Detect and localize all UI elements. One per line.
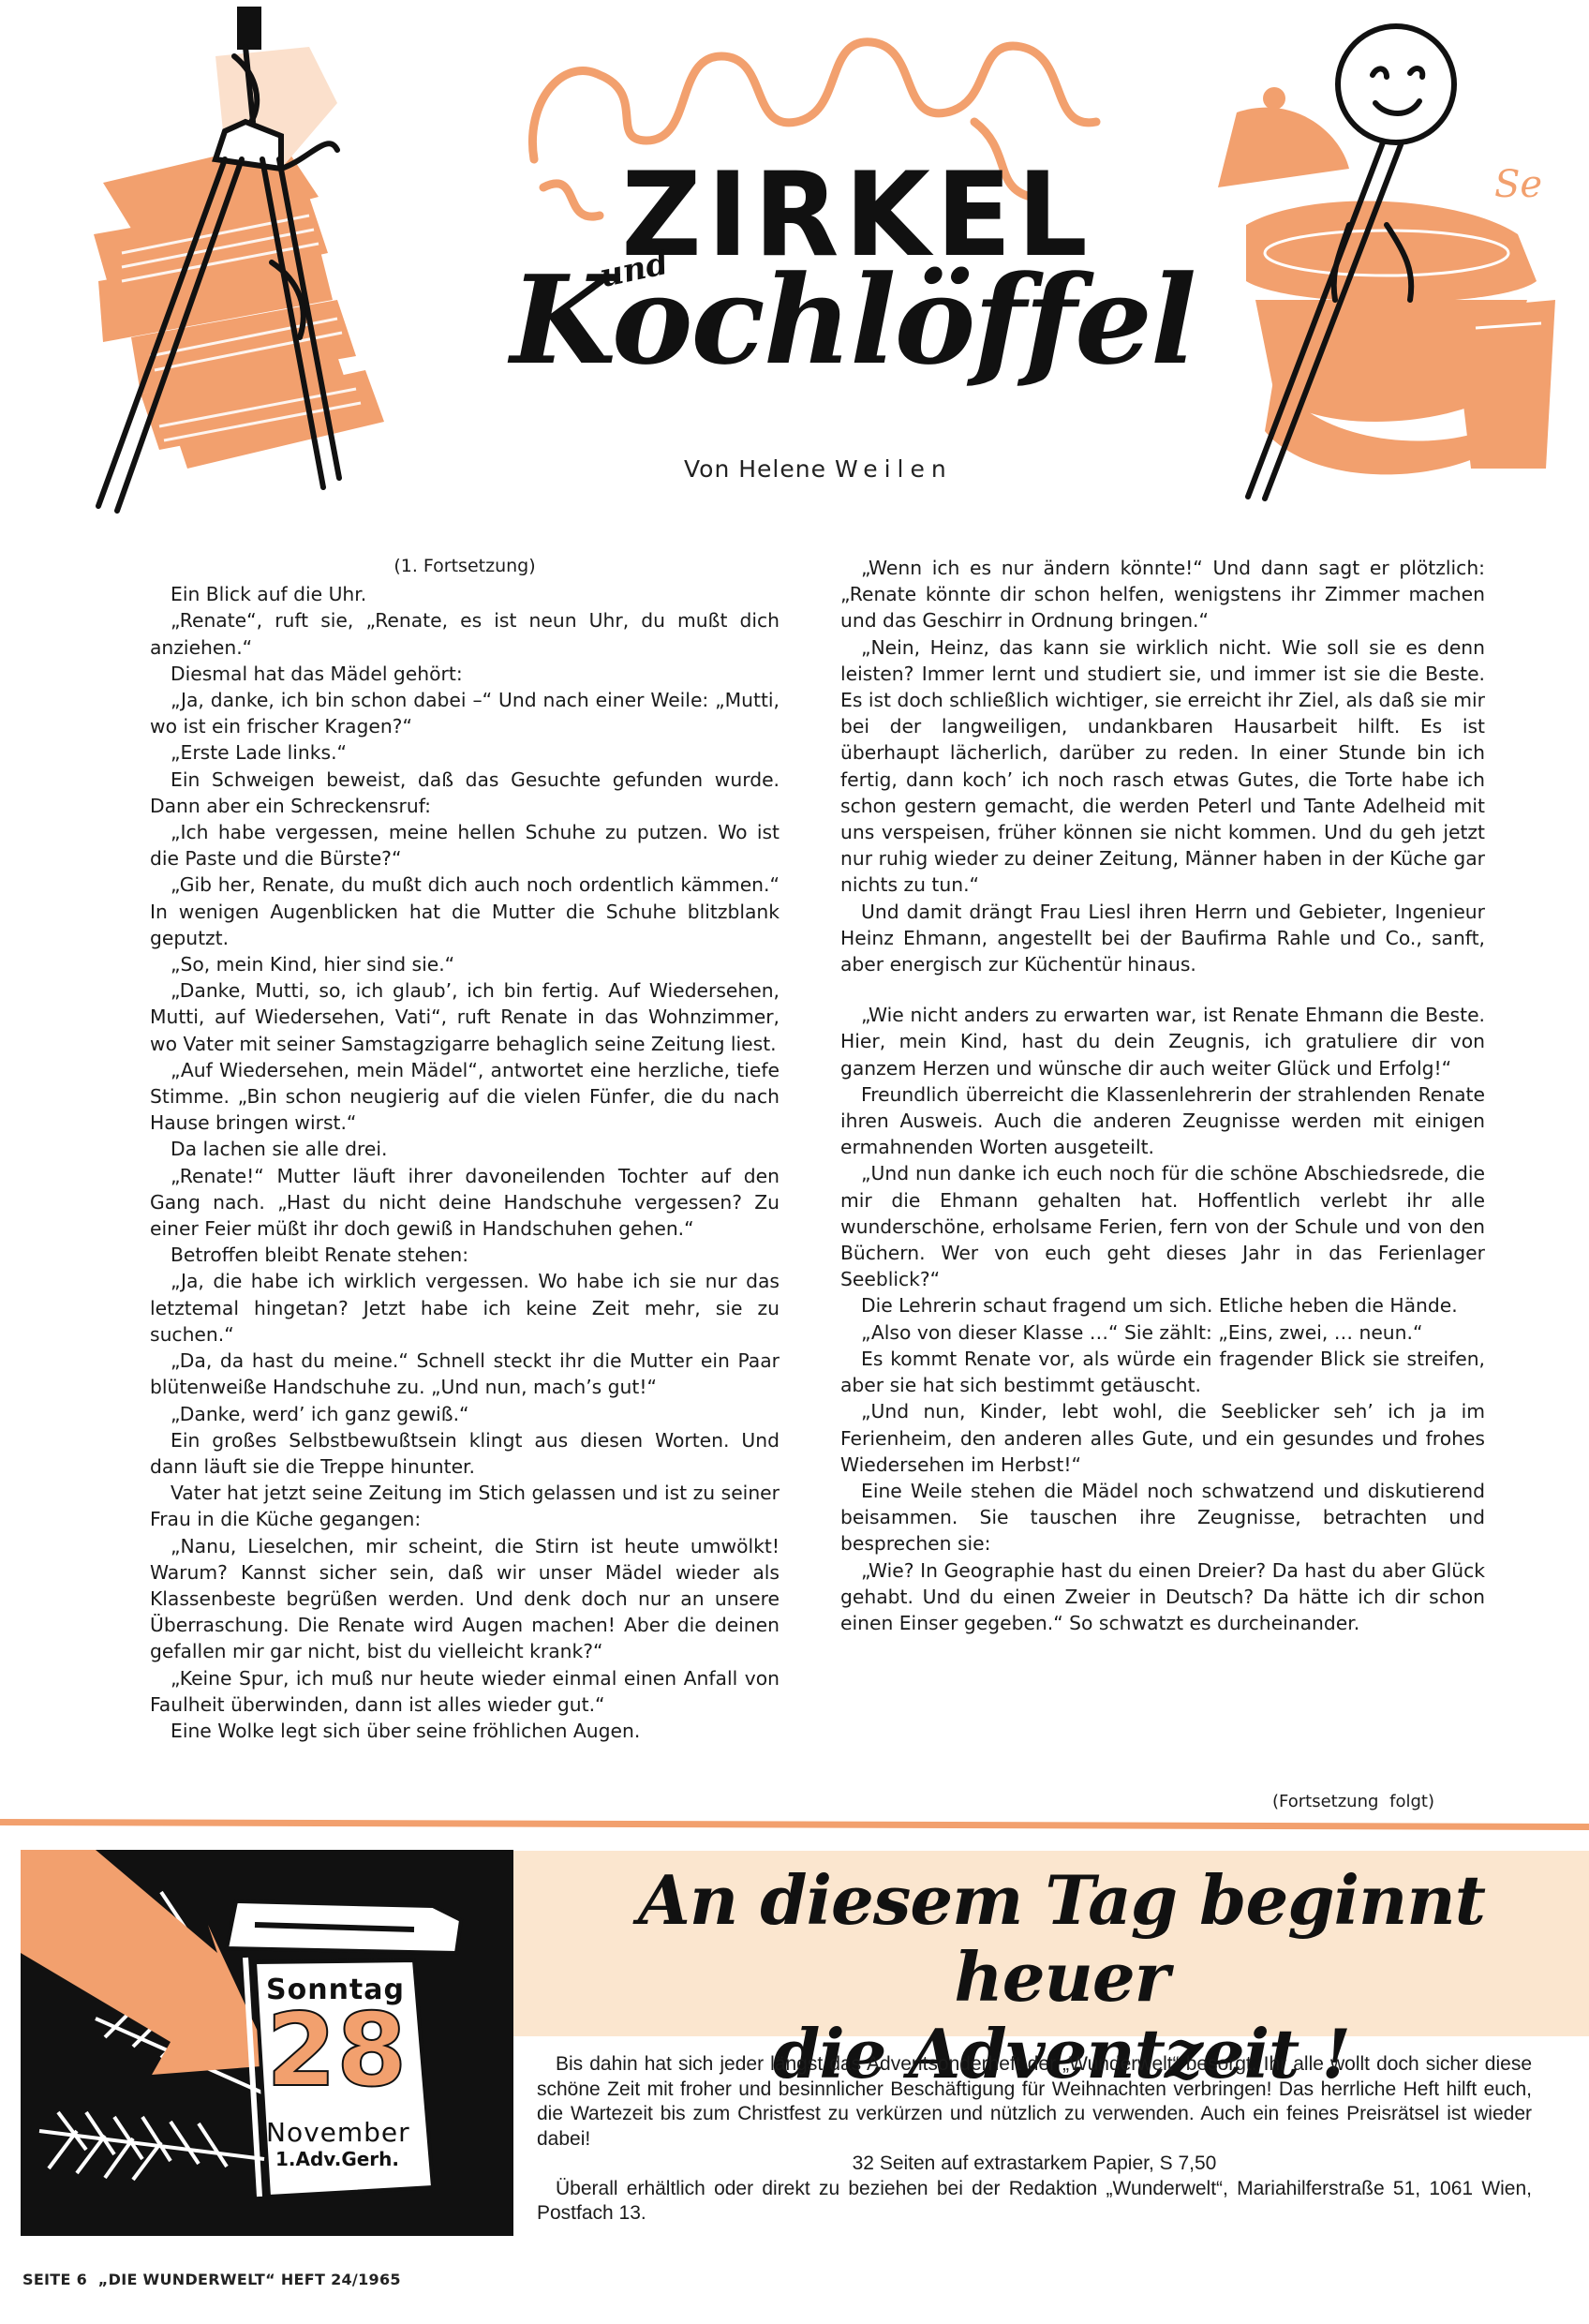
article-paragraph: „Wie? In Geographie hast du einen Dreier… xyxy=(840,1557,1485,1637)
to-be-continued: (Fortsetzung folgt) xyxy=(1272,1792,1434,1811)
article-paragraph: Ein Schweigen beweist, daß das Gesuchte … xyxy=(150,767,780,819)
article-paragraph: Die Lehrerin schaut fragend um sich. Etl… xyxy=(840,1292,1485,1318)
article-paragraph: „Und nun danke ich euch noch für die sch… xyxy=(840,1160,1485,1292)
author-byline: Von Helene Weilen xyxy=(684,455,953,483)
article-paragraph: „Wenn ich es nur ändern könnte!“ Und dan… xyxy=(840,555,1485,634)
article-header: Se ZIRKEL und Kochlöffel Von xyxy=(0,0,1589,525)
article-column-right: „Wenn ich es nur ändern könnte!“ Und dan… xyxy=(840,555,1485,1636)
article-paragraph: „Also von dieser Klasse …“ Sie zählt: „E… xyxy=(840,1319,1485,1346)
article-paragraph: Eine Wolke legt sich über seine fröhlich… xyxy=(150,1718,780,1744)
orange-divider xyxy=(0,1815,1589,1830)
byline-prefix: Von Helene xyxy=(684,455,826,483)
article-paragraph: Da lachen sie alle drei. xyxy=(150,1136,780,1162)
advent-ad-text: Bis dahin hat sich jeder längst das Adve… xyxy=(537,2052,1532,2227)
article-paragraph: Und damit drängt Frau Liesl ihren Herrn … xyxy=(840,899,1485,978)
advent-banner: An diesem Tag beginnt heuer die Adventze… xyxy=(513,1851,1589,2036)
byline-name: Weilen xyxy=(835,455,953,483)
article-paragraph: „Auf Wiedersehen, mein Mädel“, antwortet… xyxy=(150,1057,780,1137)
article-paragraph: Eine Weile stehen die Mädel noch schwatz… xyxy=(840,1478,1485,1557)
article-paragraph: „Und nun, Kinder, lebt wohl, die Seeblic… xyxy=(840,1398,1485,1478)
article-paragraph: „Gib her, Renate, du mußt dich auch noch… xyxy=(150,871,780,951)
right-paragraphs: „Wenn ich es nur ändern könnte!“ Und dan… xyxy=(840,555,1485,1636)
article-paragraph: „So, mein Kind, hier sind sie.“ xyxy=(150,951,780,977)
article-paragraph: Betroffen bleibt Renate stehen: xyxy=(150,1242,780,1268)
calendar-day-number: 28 xyxy=(266,2000,407,2103)
article-paragraph: „Ich habe vergessen, meine hellen Schuhe… xyxy=(150,819,780,871)
article-column-left: (1. Fortsetzung) Ein Blick auf die Uhr.„… xyxy=(150,553,780,1744)
ad-body: Bis dahin hat sich jeder längst das Adve… xyxy=(537,2052,1532,2152)
calendar-month: November xyxy=(266,2117,410,2148)
article-paragraph: „Nein, Heinz, das kann sie wirklich nich… xyxy=(840,634,1485,899)
article-paragraph: „Renate“, ruft sie, „Renate, es ist neun… xyxy=(150,607,780,660)
article-paragraph: „Erste Lade links.“ xyxy=(150,739,780,766)
continuation-label: (1. Fortsetzung) xyxy=(150,553,780,579)
article-paragraph: „Ja, danke, ich bin schon dabei –“ Und n… xyxy=(150,687,780,739)
headline-line-1: An diesem Tag beginnt heuer xyxy=(542,1862,1582,2016)
article-paragraph: „Keine Spur, ich muß nur heute wieder ei… xyxy=(150,1665,780,1718)
article-paragraph: „Wie nicht anders zu erwarten war, ist R… xyxy=(840,1002,1485,1081)
article-paragraph: Ein Blick auf die Uhr. xyxy=(150,581,780,607)
ad-order-info: Überall erhältlich oder direkt zu bezieh… xyxy=(537,2177,1532,2227)
article-paragraph: Diesmal hat das Mädel gehört: xyxy=(150,661,780,687)
svg-text:Se: Se xyxy=(1494,163,1542,206)
article-paragraph: „Nanu, Lieselchen, mir scheint, die Stir… xyxy=(150,1533,780,1665)
ad-price-line: 32 Seiten auf extrastarkem Papier, S 7,5… xyxy=(537,2152,1532,2177)
article-paragraph: Vater hat jetzt seine Zeitung im Stich g… xyxy=(150,1480,780,1532)
article-paragraph: „Da, da hast du meine.“ Schnell steckt i… xyxy=(150,1348,780,1400)
page-footer: SEITE 6 „DIE WUNDERWELT“ HEFT 24/1965 xyxy=(22,2271,401,2288)
article-paragraph: „Danke, werd’ ich ganz gewiß.“ xyxy=(150,1401,780,1427)
left-paragraphs: Ein Blick auf die Uhr.„Renate“, ruft sie… xyxy=(150,581,780,1744)
article-paragraph: „Danke, Mutti, so, ich glaub’, ich bin f… xyxy=(150,977,780,1057)
article-paragraph: „Ja, die habe ich wirklich vergessen. Wo… xyxy=(150,1268,780,1348)
article-paragraph: Ein großes Selbstbewußtsein klingt aus d… xyxy=(150,1427,780,1480)
cookware-illustration xyxy=(1218,87,1555,474)
article-paragraph: Freundlich überreicht die Klassenlehreri… xyxy=(840,1081,1485,1161)
article-paragraph: „Renate!“ Mutter läuft ihrer davoneilend… xyxy=(150,1163,780,1243)
article-paragraph: Es kommt Renate vor, als würde ein frage… xyxy=(840,1346,1485,1398)
title-kochloeffel: Kochlöffel xyxy=(497,248,1209,392)
calendar-illustration: Sonntag 28 November 1.Adv.Gerh. xyxy=(21,1850,513,2236)
calendar-note: 1.Adv.Gerh. xyxy=(275,2148,399,2170)
